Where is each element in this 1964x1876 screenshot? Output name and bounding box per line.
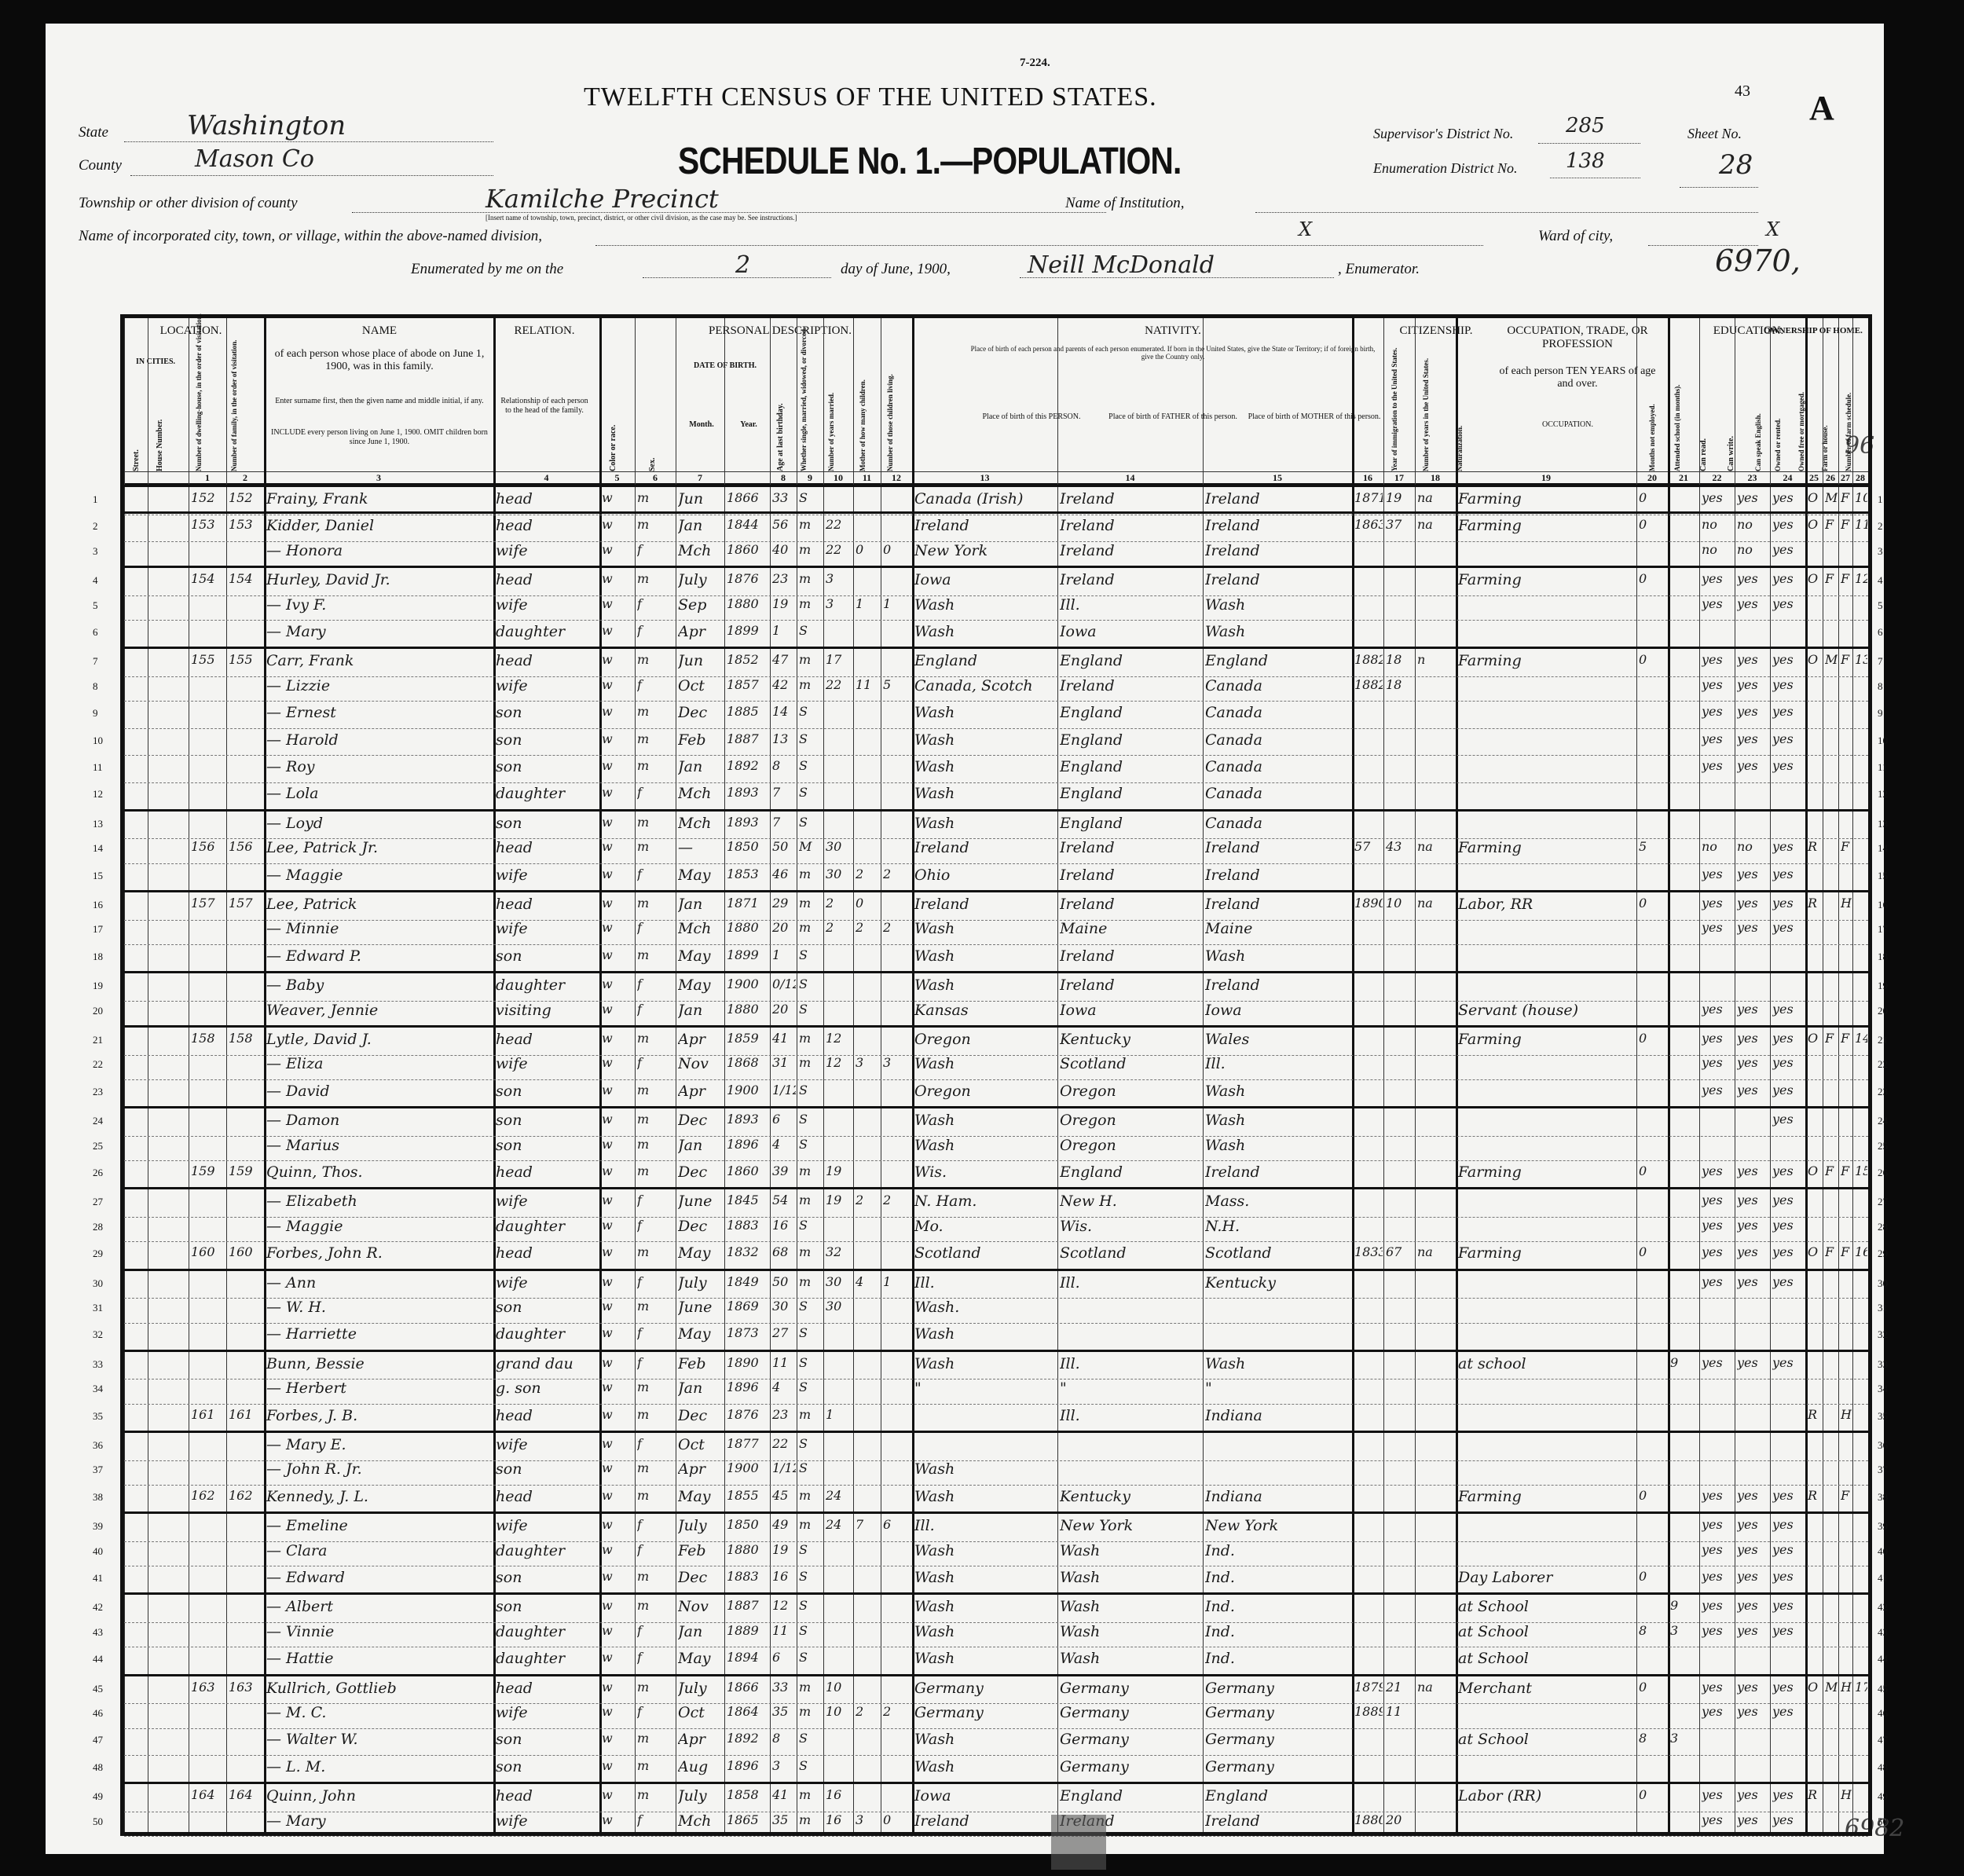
cell-mo: — [678,839,724,856]
cell-mo: July [678,1274,724,1292]
cell-name: Quinn, Thos. [266,1163,493,1181]
cell-own: O [1808,517,1822,532]
cell-wr: yes [1737,1517,1769,1532]
cell-color: w [602,1812,634,1827]
occupation-description: of each person TEN YEARS of age and over… [1491,365,1664,390]
cell-age: 19 [772,596,796,611]
cell-fs: 11 [1855,517,1867,532]
cell-age: 19 [772,1542,796,1557]
cell-yr: 1883 [727,1218,769,1233]
cell-sex: f [637,1542,675,1557]
cell-sp: yes [1772,1218,1805,1233]
cell-pob: Scotland [914,1244,1057,1262]
cell-mu: 0 [1639,1787,1667,1802]
cell-rel: son [496,758,599,775]
cell-ym: 3 [826,596,852,611]
cell-pobf: Wash [1060,1569,1202,1586]
row-number: 6 [1878,626,1883,639]
cell-dw: 160 [191,1244,225,1259]
cell-ms: m [799,1787,823,1802]
cell-name: — Herbert [266,1380,493,1397]
cell-wr: yes [1737,1274,1769,1289]
cell-own: R [1808,896,1822,911]
header-months-unemployed: Months not employed. [1648,381,1656,471]
cell-sch: 9 [1670,1598,1698,1613]
cell-pobm: " [1205,1380,1351,1397]
schedule-title: SCHEDULE No. 1.—POPULATION. [678,140,1181,183]
cell-rel: head [496,652,599,669]
column-number: 5 [599,472,635,484]
cell-sp: yes [1772,1083,1805,1097]
cell-occ: Farming [1458,1488,1636,1505]
cell-ms: S [799,623,823,638]
cell-name: Kullrich, Gottlieb [266,1680,493,1697]
cell-name: Lee, Patrick Jr. [266,839,493,856]
cell-mo: July [678,571,724,588]
cell-nat: na [1417,1680,1455,1695]
column-number: 10 [823,472,853,484]
cell-fh: H [1841,1680,1852,1695]
row-number: 48 [93,1761,103,1774]
row-number: 7 [93,655,98,668]
row-number: 34 [93,1383,103,1395]
township-value: Kamilche Precinct [486,184,719,214]
row-number: 35 [1878,1410,1888,1423]
cell-age: 39 [772,1163,796,1178]
cell-age: 33 [772,1680,796,1695]
cell-fs: 14 [1855,1031,1867,1046]
cell-own: O [1808,1244,1822,1259]
cell-fam: 163 [229,1680,263,1695]
cell-name: — Damon [266,1112,493,1129]
row-number: 16 [93,899,103,911]
cell-mo: May [678,947,724,965]
table-row: 152152Frainy, FrankheadwmJun186633SCanad… [124,485,1868,515]
cell-pob: Wash [914,976,1057,994]
cell-pob: New York [914,542,1057,559]
cell-age: 16 [772,1218,796,1233]
cell-ym: 2 [826,920,852,935]
cell-color: w [602,1380,634,1394]
cell-pobm: Wash [1205,1083,1351,1100]
cell-pob: Wash [914,596,1057,614]
cell-yr: 1844 [727,517,769,532]
cell-color: w [602,1488,634,1503]
cell-rel: wife [496,1704,599,1721]
cell-wr: yes [1737,1598,1769,1613]
cell-fh: F [1841,1031,1852,1046]
row-number: 1 [1878,493,1883,506]
cell-ms: S [799,758,823,773]
cell-pobf: Wis. [1060,1218,1202,1235]
cell-name: — Harriette [266,1325,493,1343]
table-row: 155155Carr, FrankheadwmJun185247m17Engla… [124,647,1868,677]
cell-name: — L. M. [266,1758,493,1775]
cell-sex: f [637,623,675,638]
table-row: — HonorawifewfMch186040m2200New YorkIrel… [124,539,1868,567]
cell-ms: m [799,896,823,911]
table-row: — W. H.sonwmJune186930S30Wash.3131 [124,1295,1868,1324]
cell-sex: m [637,1598,675,1613]
row-number: 44 [1878,1653,1888,1665]
cell-rd: yes [1702,1812,1734,1827]
cell-wr: yes [1737,896,1769,911]
row-number: 40 [93,1545,103,1558]
cell-mo: May [678,867,724,884]
cell-pobm: Ireland [1205,867,1351,884]
relation-description: Relationship of each person to the head … [497,397,592,415]
cell-rel: wife [496,596,599,614]
table-row: 163163Kullrich, GottliebheadwmJuly186633… [124,1674,1868,1705]
header-can-speak: Can speak English. [1754,365,1762,471]
cell-sp: yes [1772,1787,1805,1802]
cell-pob: Wash [914,947,1057,965]
cell-pob: Ill. [914,1274,1057,1292]
cell-ms: m [799,542,823,557]
year-header: Year. [725,420,772,430]
cell-pobf: Oregon [1060,1083,1202,1100]
cell-sp: yes [1772,596,1805,611]
enumerator-label: , Enumerator. [1338,261,1420,278]
cell-ms: m [799,596,823,611]
cell-dw: 161 [191,1407,225,1422]
cell-ms: S [799,1436,823,1451]
header-years-us: Number of years in the United States. [1422,350,1430,471]
cell-moc: 4 [856,1274,880,1289]
cell-sex: f [637,677,675,692]
cell-rel: wife [496,1436,599,1453]
cell-pobf: Wash [1060,1623,1202,1640]
cell-rd: yes [1702,1055,1734,1070]
cell-pobm: Ireland [1205,1812,1351,1830]
table-row: — ErnestsonwmDec188514SWashEnglandCanada… [124,701,1868,729]
cell-color: w [602,758,634,773]
cell-age: 68 [772,1244,796,1259]
cell-color: w [602,1299,634,1314]
row-number: 22 [1878,1058,1888,1071]
stamp-number: 6970, [1715,244,1801,278]
cell-color: w [602,1680,634,1695]
cell-yr: 1890 [727,1355,769,1370]
cell-color: w [602,596,634,611]
pob-mother-header: Place of birth of MOTHER of this person. [1244,412,1385,422]
table-row: — MariussonwmJan18964SWashOregonWash2525 [124,1134,1868,1162]
cell-mo: July [678,1517,724,1534]
cell-ym: 22 [826,677,852,692]
cell-yr: 1896 [727,1137,769,1152]
cell-ms: m [799,1704,823,1719]
cell-ym: 12 [826,1031,852,1046]
cell-ym: 12 [826,1055,852,1070]
cell-own: O [1808,1163,1822,1178]
row-number: 20 [93,1005,103,1017]
cell-sex: m [637,1031,675,1046]
cell-color: w [602,1002,634,1017]
cell-mo: Apr [678,1460,724,1478]
cell-ym: 16 [826,1787,852,1802]
cell-rel: g. son [496,1380,599,1397]
cell-fh: F [1841,517,1852,532]
cell-name: — Ann [266,1274,493,1292]
table-row: 164164Quinn, JohnheadwmJuly185841m16Iowa… [124,1782,1868,1812]
cell-color: w [602,1083,634,1097]
cell-pobm: Ind. [1205,1623,1351,1640]
cell-pobf: England [1060,758,1202,775]
cell-rel: head [496,1680,599,1697]
row-number: 36 [93,1439,103,1452]
cell-ms: S [799,785,823,800]
census-table: LOCATION. IN CITIES. NAME of each person… [120,314,1872,1836]
cell-rel: head [496,896,599,913]
table-row: — LoydsonwmMch18937SWashEnglandCanada131… [124,809,1868,840]
cell-mo: Dec [678,704,724,721]
cell-pob: Mo. [914,1218,1057,1235]
cell-pobf: England [1060,652,1202,669]
cell-name: Bunn, Bessie [266,1355,493,1372]
group-name: NAME [266,324,493,338]
cell-sex: m [637,731,675,746]
cell-yr: 1887 [727,1598,769,1613]
cell-sex: f [637,1623,675,1638]
cell-sp: yes [1772,867,1805,881]
cell-ms: m [799,517,823,532]
cell-fam: 152 [229,490,263,505]
row-number: 12 [1878,788,1888,801]
cell-wr: yes [1737,596,1769,611]
cell-name: — Harold [266,731,493,749]
cell-fh: F [1841,839,1852,854]
cell-yr: 1887 [727,731,769,746]
cell-yr: 1900 [727,1460,769,1475]
row-number: 43 [1878,1626,1888,1639]
ed-value: 138 [1566,149,1605,173]
cell-color: w [602,571,634,586]
cell-ms: S [799,815,823,830]
cell-yr: 1889 [727,1623,769,1638]
row-number: 47 [93,1734,103,1746]
group-citizenship: CITIZENSHIP. [1385,324,1487,338]
cell-mo: Apr [678,1031,724,1048]
cell-pobm: Wash [1205,1137,1351,1154]
cell-yr: 1860 [727,542,769,557]
row-number: 12 [93,788,103,801]
cell-pob: Ireland [914,839,1057,856]
cell-pobm: Ind. [1205,1598,1351,1615]
cell-sex: m [637,1787,675,1802]
cell-fh: F [1841,1163,1852,1178]
cell-age: 41 [772,1787,796,1802]
cell-color: w [602,1407,634,1422]
cell-rel: wife [496,867,599,884]
row-number: 24 [93,1115,103,1127]
cell-name: — Hattie [266,1650,493,1667]
cell-sp: yes [1772,1488,1805,1503]
header-family: Number of family, in the order of visita… [230,342,238,471]
cell-rel: head [496,1031,599,1048]
cell-mo: Dec [678,1407,724,1424]
pob-person-header: Place of birth of this PERSON. [961,412,1102,422]
cell-color: w [602,517,634,532]
cell-rel: son [496,1460,599,1478]
cell-wr: yes [1737,1163,1769,1178]
row-number: 42 [93,1601,103,1614]
cell-mort: F [1825,1244,1838,1259]
cell-imm: 1890 [1354,896,1383,911]
row-number: 32 [1878,1328,1888,1341]
cell-color: w [602,1055,634,1070]
row-number: 3 [93,545,98,558]
cell-sex: f [637,596,675,611]
cell-own: R [1808,1787,1822,1802]
cell-age: 14 [772,704,796,719]
cell-dw: 156 [191,839,225,854]
row-number: 13 [1878,818,1888,830]
table-row: — MaggiedaughterwfDec188316SMo.Wis.N.H.y… [124,1215,1868,1243]
name-instruction-1: Enter surname first, then the given name… [269,397,489,406]
cell-age: 8 [772,758,796,773]
cell-name: — Edward P. [266,947,493,965]
cell-name: — W. H. [266,1299,493,1316]
cell-nat: na [1417,490,1455,505]
cell-sp: yes [1772,542,1805,557]
cell-pobf: England [1060,704,1202,721]
cell-pobf: Kentucky [1060,1031,1202,1048]
row-number: 40 [1878,1545,1888,1558]
name-instruction-2: INCLUDE every person living on June 1, 1… [269,428,489,446]
column-number: 15 [1203,472,1352,484]
cell-rel: daughter [496,1218,599,1235]
cell-color: w [602,1623,634,1638]
cell-pobm: Germany [1205,1758,1351,1775]
cell-rel: head [496,571,599,588]
row-number: 5 [93,599,98,612]
cell-nat: n [1417,652,1455,667]
pob-father-header: Place of birth of FATHER of this person. [1102,412,1244,422]
cell-rd: yes [1702,1031,1734,1046]
form-number: 7-224. [1020,57,1050,70]
cell-pobm: Mass. [1205,1193,1351,1210]
cell-sp: yes [1772,1517,1805,1532]
cell-occ: Farming [1458,839,1636,856]
cell-rd: yes [1702,1623,1734,1638]
cell-ms: m [799,677,823,692]
cell-rd: yes [1702,1355,1734,1370]
cell-mo: Nov [678,1598,724,1615]
row-number: 28 [1878,1221,1888,1233]
cell-dw: 164 [191,1787,225,1802]
header-children-living: Number of those children living. [886,350,894,471]
header-house-number: House Number. [156,365,164,471]
cell-ym: 30 [826,839,852,854]
cell-yr: 1857 [727,677,769,692]
cell-ms: S [799,490,823,505]
cell-sex: f [637,1355,675,1370]
row-number: 36 [1878,1439,1888,1452]
cell-wr: yes [1737,1244,1769,1259]
cell-pob: Wash [914,1112,1057,1129]
cell-own: O [1808,1680,1822,1695]
row-number: 18 [1878,951,1888,963]
cell-pobf: Germany [1060,1758,1202,1775]
cell-age: 6 [772,1112,796,1127]
cell-pobm: Ireland [1205,896,1351,913]
cell-rel: wife [496,1055,599,1072]
cell-mo: Jan [678,517,724,534]
cell-name: Frainy, Frank [266,490,493,507]
table-row: — Edward P.sonwmMay18991SWashIrelandWash… [124,944,1868,973]
cell-mu: 5 [1639,839,1667,854]
cell-rel: son [496,1731,599,1748]
cell-pob: Wash [914,785,1057,802]
cell-sex: m [637,1163,675,1178]
cell-wr: yes [1737,1569,1769,1584]
row-number: 38 [1878,1491,1888,1504]
cell-pobm: N.H. [1205,1218,1351,1235]
cell-yus: 67 [1386,1244,1414,1259]
row-number: 32 [93,1328,103,1341]
cell-nat: na [1417,1244,1455,1259]
name-description: of each person whose place of abode on J… [269,348,489,373]
column-number: 16 [1352,472,1383,484]
table-row: — John R. Jr.sonwmApr19001/12SWash3737 [124,1457,1868,1486]
row-number: 15 [93,870,103,882]
cell-color: w [602,1325,634,1340]
cell-color: w [602,731,634,746]
cell-pobf: Oregon [1060,1137,1202,1154]
cell-pobf: Ireland [1060,867,1202,884]
cell-ym: 30 [826,867,852,881]
cell-rel: head [496,1244,599,1262]
cell-sex: f [637,1812,675,1827]
cell-age: 41 [772,1031,796,1046]
row-number: 45 [93,1683,103,1695]
census-title: TWELFTH CENSUS OF THE UNITED STATES. [584,82,1157,112]
cell-yr: 1899 [727,947,769,962]
cell-age: 11 [772,1355,796,1370]
cell-pob: Wash [914,1325,1057,1343]
cell-sp: yes [1772,1163,1805,1178]
cell-moc: 0 [856,542,880,557]
column-number: 9 [797,472,823,484]
cell-age: 4 [772,1380,796,1394]
cell-wr: yes [1737,704,1769,719]
cell-sex: m [637,1380,675,1394]
cell-pob: Wash. [914,1299,1057,1316]
row-number: 39 [93,1520,103,1533]
cell-rd: yes [1702,1163,1734,1178]
cell-mo: Nov [678,1055,724,1072]
cell-color: w [602,1031,634,1046]
cell-pob: Iowa [914,571,1057,588]
cell-age: 7 [772,815,796,830]
cell-age: 7 [772,785,796,800]
cell-age: 47 [772,652,796,667]
row-number: 6 [93,626,98,639]
cell-age: 46 [772,867,796,881]
cell-name: — Baby [266,976,493,994]
cell-name: — Ivy F. [266,596,493,614]
cell-sex: m [637,1112,675,1127]
cell-fh: F [1841,490,1852,505]
cell-occ: Farming [1458,571,1636,588]
row-number: 3 [1878,545,1883,558]
cell-pob: Germany [914,1680,1057,1697]
cell-yr: 1893 [727,1112,769,1127]
cell-imm: 57 [1354,839,1383,854]
row-number: 22 [93,1058,103,1071]
cell-sex: f [637,920,675,935]
cell-pobm: Ireland [1205,976,1351,994]
